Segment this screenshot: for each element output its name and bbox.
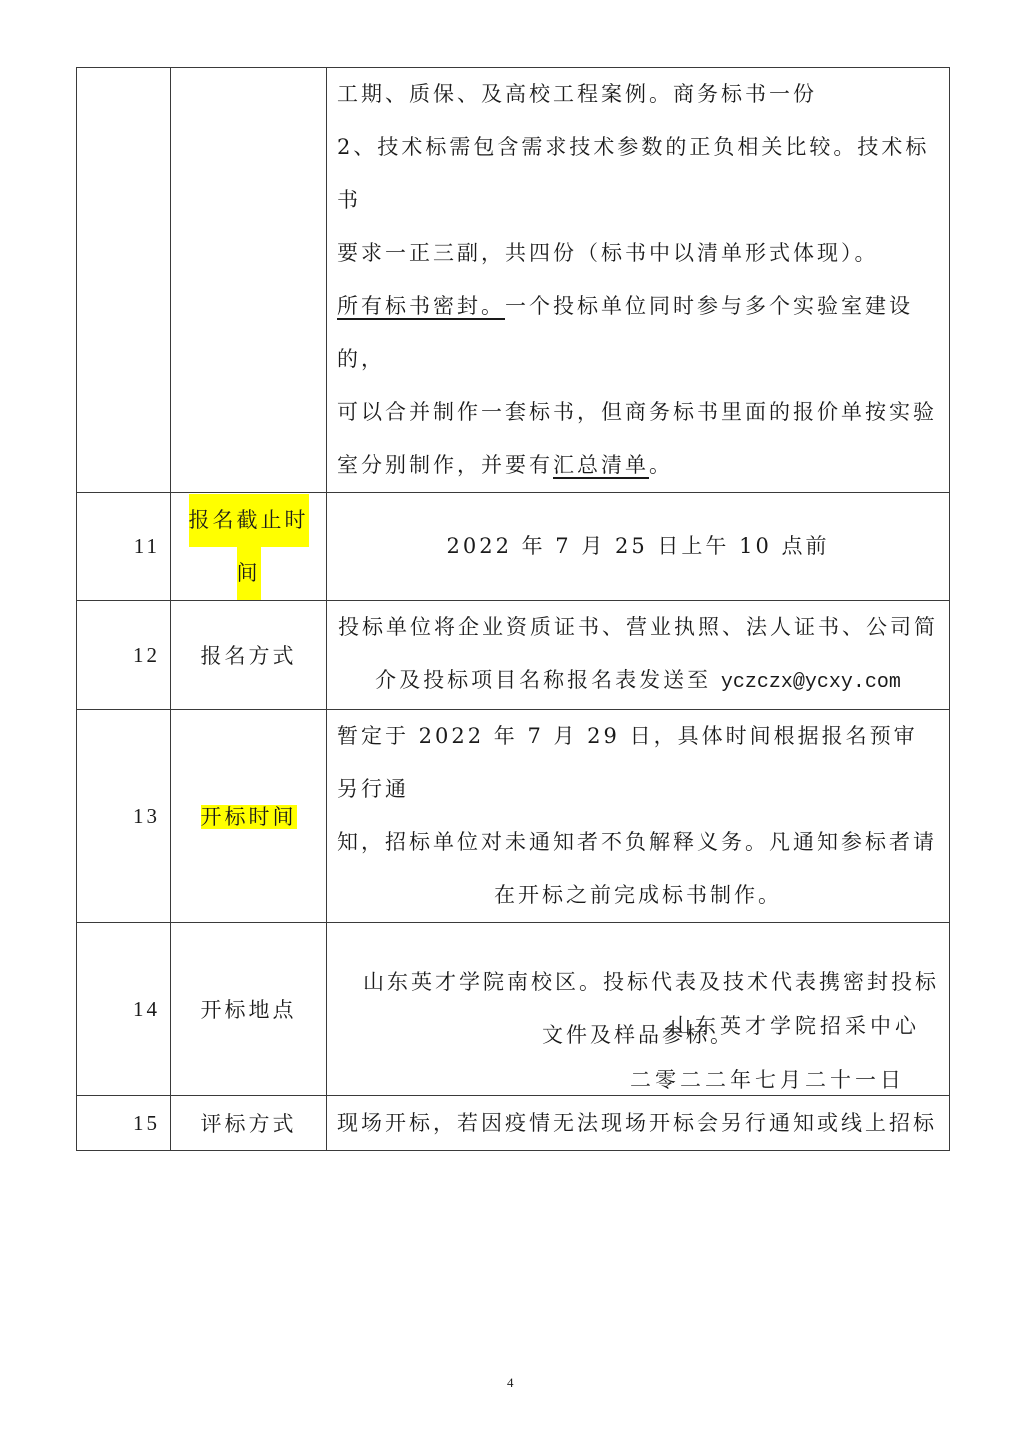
underlined-text: 汇总清单 <box>553 453 649 477</box>
content-line: 所有标书密封。一个投标单位同时参与多个实验室建设的， <box>337 280 939 386</box>
row-content: 暂定于 2022 年 7 月 29 日，具体时间根据报名预审另行通 知，招标单位… <box>327 710 950 923</box>
table-row-continued: 工期、质保、及高校工程案例。商务标书一份 2、技术标需包含需求技术参数的正负相关… <box>77 68 950 493</box>
page-number: 4 <box>507 1375 514 1391</box>
signature-date: 二零二二年七月二十一日 <box>630 1064 905 1094</box>
row-item: 报名方式 <box>171 601 327 710</box>
row-item: 报名截止时 间 <box>171 493 327 601</box>
email-text: yczczx@ycxy.com <box>721 671 901 694</box>
highlighted-text: 开标时间 <box>201 805 297 829</box>
row-number: 11 <box>77 493 171 601</box>
row-number: 15 <box>77 1096 171 1151</box>
row-number-cell <box>77 68 171 493</box>
highlighted-text: 间 <box>237 547 261 600</box>
row-content: 投标单位将企业资质证书、营业执照、法人证书、公司简 介及投标项目名称报名表发送至… <box>327 601 950 710</box>
row-item-cell <box>171 68 327 493</box>
table-row: 12 报名方式 投标单位将企业资质证书、营业执照、法人证书、公司简 介及投标项目… <box>77 601 950 710</box>
row-number: 14 <box>77 923 171 1096</box>
row-content: 2022 年 7 月 25 日上午 10 点前 <box>327 493 950 601</box>
row-item: 评标方式 <box>171 1096 327 1151</box>
bidding-spec-table: 工期、质保、及高校工程案例。商务标书一份 2、技术标需包含需求技术参数的正负相关… <box>76 67 950 1151</box>
row-content: 现场开标，若因疫情无法现场开标会另行通知或线上招标 <box>327 1096 950 1151</box>
document-page: 工期、质保、及高校工程案例。商务标书一份 2、技术标需包含需求技术参数的正负相关… <box>0 0 1024 1448</box>
content-line: 要求一正三副，共四份（标书中以清单形式体现）。 <box>337 227 939 280</box>
content-line: 2、技术标需包含需求技术参数的正负相关比较。技术标书 <box>337 121 939 227</box>
underlined-text: 所有标书密封。 <box>337 294 505 318</box>
row-number: 13 <box>77 710 171 923</box>
row-item: 开标时间 <box>171 710 327 923</box>
row-item: 开标地点 <box>171 923 327 1096</box>
row-content-cell: 工期、质保、及高校工程案例。商务标书一份 2、技术标需包含需求技术参数的正负相关… <box>327 68 950 493</box>
content-line: 可以合并制作一套标书，但商务标书里面的报价单按实验 <box>337 386 939 439</box>
content-line: 工期、质保、及高校工程案例。商务标书一份 <box>337 68 939 121</box>
signature-organization: 山东英才学院招采中心 <box>670 1010 920 1040</box>
highlighted-text: 报名截止时 <box>189 494 309 547</box>
row-number: 12 <box>77 601 171 710</box>
table-row: 13 开标时间 暂定于 2022 年 7 月 29 日，具体时间根据报名预审另行… <box>77 710 950 923</box>
content-line: 室分别制作，并要有汇总清单。 <box>337 439 939 492</box>
table-row: 11 报名截止时 间 2022 年 7 月 25 日上午 10 点前 <box>77 493 950 601</box>
table-row: 15 评标方式 现场开标，若因疫情无法现场开标会另行通知或线上招标 <box>77 1096 950 1151</box>
